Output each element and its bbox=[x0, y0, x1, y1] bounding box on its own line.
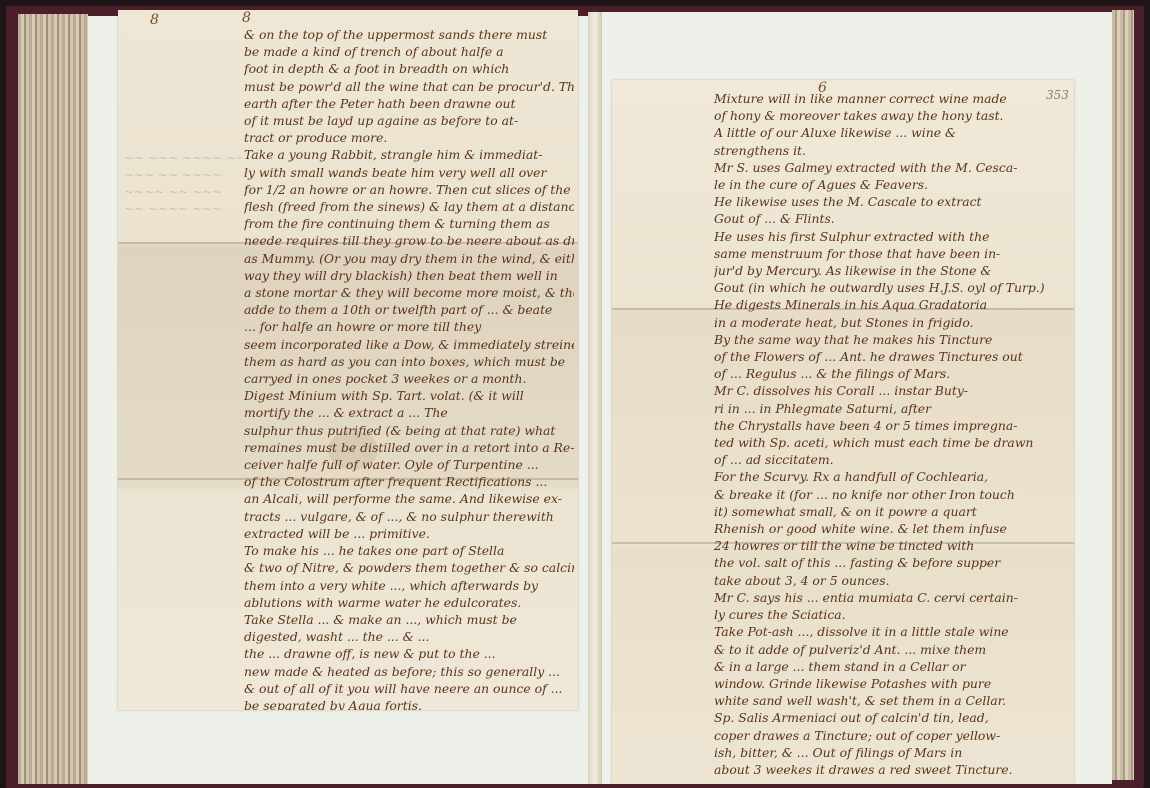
gutter-spine bbox=[588, 12, 602, 784]
folio-mark: 8 bbox=[242, 10, 251, 26]
folio-mark: 8 bbox=[150, 12, 159, 28]
manuscript-leaf-right: 6 353 Mixture will in like manner correc… bbox=[612, 80, 1074, 784]
bleed-through-text: ~~ ~~~ ~~~~ ~~~~~ ~~ ~~~~~~~~ ~~ ~~~~~ ~… bbox=[124, 150, 242, 218]
manuscript-leaf-left: 8 8 ~~ ~~~ ~~~~ ~~~~~ ~~ ~~~~~~~~ ~~ ~~~… bbox=[118, 10, 578, 710]
page-edges-left bbox=[18, 14, 88, 784]
handwritten-text-right: Mixture will in like manner correct wine… bbox=[714, 90, 1070, 778]
handwritten-text-left: & on the top of the uppermost sands ther… bbox=[244, 26, 574, 710]
page-edges-right bbox=[1112, 10, 1134, 780]
